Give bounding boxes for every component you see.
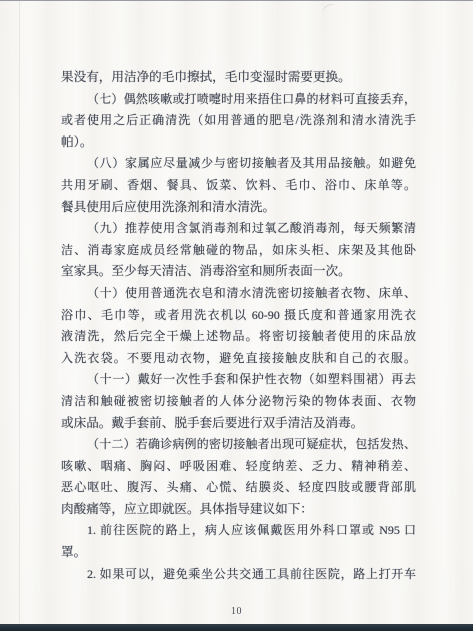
- text-line: （七）偶然咳嗽或打喷嚏时用来捂住口鼻的材料可直接丢弃，: [61, 89, 416, 111]
- text-line: 共用牙刷、香烟、餐具、饭菜、饮料、毛巾、浴巾、床单等。: [61, 175, 416, 197]
- text-line: 或者使用之后正确清洗（如用普通的肥皂/洗涤剂和清水清洗手: [61, 110, 416, 132]
- text-line: 2. 如果可以，避免乘坐公共交通工具前往医院，路上打开车: [61, 564, 416, 586]
- text-line: 清洁和触碰被密切接触者的人体分泌物污染的物体表面、衣物: [61, 391, 416, 413]
- text-line: 或床品。戴手套前、脱手套后要进行双手清洁及消毒。: [61, 413, 416, 435]
- text-line: 肉酸痛等，应立即就医。具体指导建议如下：: [61, 499, 416, 521]
- text-line: （十）使用普通洗衣皂和清水清洗密切接触者衣物、床单、: [61, 283, 416, 305]
- text-line: 咳嗽、咽痛、胸闷、呼吸困难、轻度纳差、乏力、精神稍差、: [61, 456, 416, 478]
- text-line: 入洗衣袋。不要甩动衣物，避免直接接触皮肤和自己的衣服。: [61, 348, 416, 370]
- text-line: （十二）若确诊病例的密切接触者出现可疑症状，包括发热、: [61, 434, 416, 456]
- text-line: 罩。: [61, 542, 416, 564]
- page-footer: 10: [0, 601, 473, 619]
- text-line: 帕）。: [61, 132, 416, 154]
- text-line: 1. 前往医院的路上，病人应该佩戴医用外科口罩或 N95 口: [61, 520, 416, 542]
- scan-bottom-edge-bar: [0, 624, 473, 631]
- page-number: 10: [231, 606, 242, 617]
- scan-streak-artifact: [19, 0, 20, 623]
- text-line: （九）推荐使用含氯消毒剂和过氧乙酸消毒剂，每天频繁清: [61, 218, 416, 240]
- scan-top-edge: [0, 0, 473, 1]
- text-line: 液清洗，然后完全干燥上述物品。将密切接触者使用的床品放: [61, 326, 416, 348]
- text-line: 餐具使用后应使用洗涤剂和清水清洗。: [61, 197, 416, 219]
- text-line: 洁、消毒家庭成员经常触碰的物品，如床头柜、床架及其他卧: [61, 240, 416, 262]
- text-block: 果没有，用洁净的毛巾擦拭，毛巾变湿时需要更换。（七）偶然咳嗽或打喷嚏时用来捂住口…: [61, 67, 416, 585]
- text-line: 室家具。至少每天清洁、消毒浴室和厕所表面一次。: [61, 261, 416, 283]
- text-line: （八）家属应尽量减少与密切接触者及其用品接触。如避免: [61, 153, 416, 175]
- text-line: （十一）戴好一次性手套和保护性衣物（如塑料围裙）再去: [61, 369, 416, 391]
- text-line: 浴巾、毛巾等，或者用洗衣机以 60-90 摄氏度和普通家用洗衣: [61, 305, 416, 327]
- text-line: 果没有，用洁净的毛巾擦拭，毛巾变湿时需要更换。: [61, 67, 416, 89]
- text-line: 恶心呕吐、腹泻、头痛、心慌、结膜炎、轻度四肢或腰背部肌: [61, 477, 416, 499]
